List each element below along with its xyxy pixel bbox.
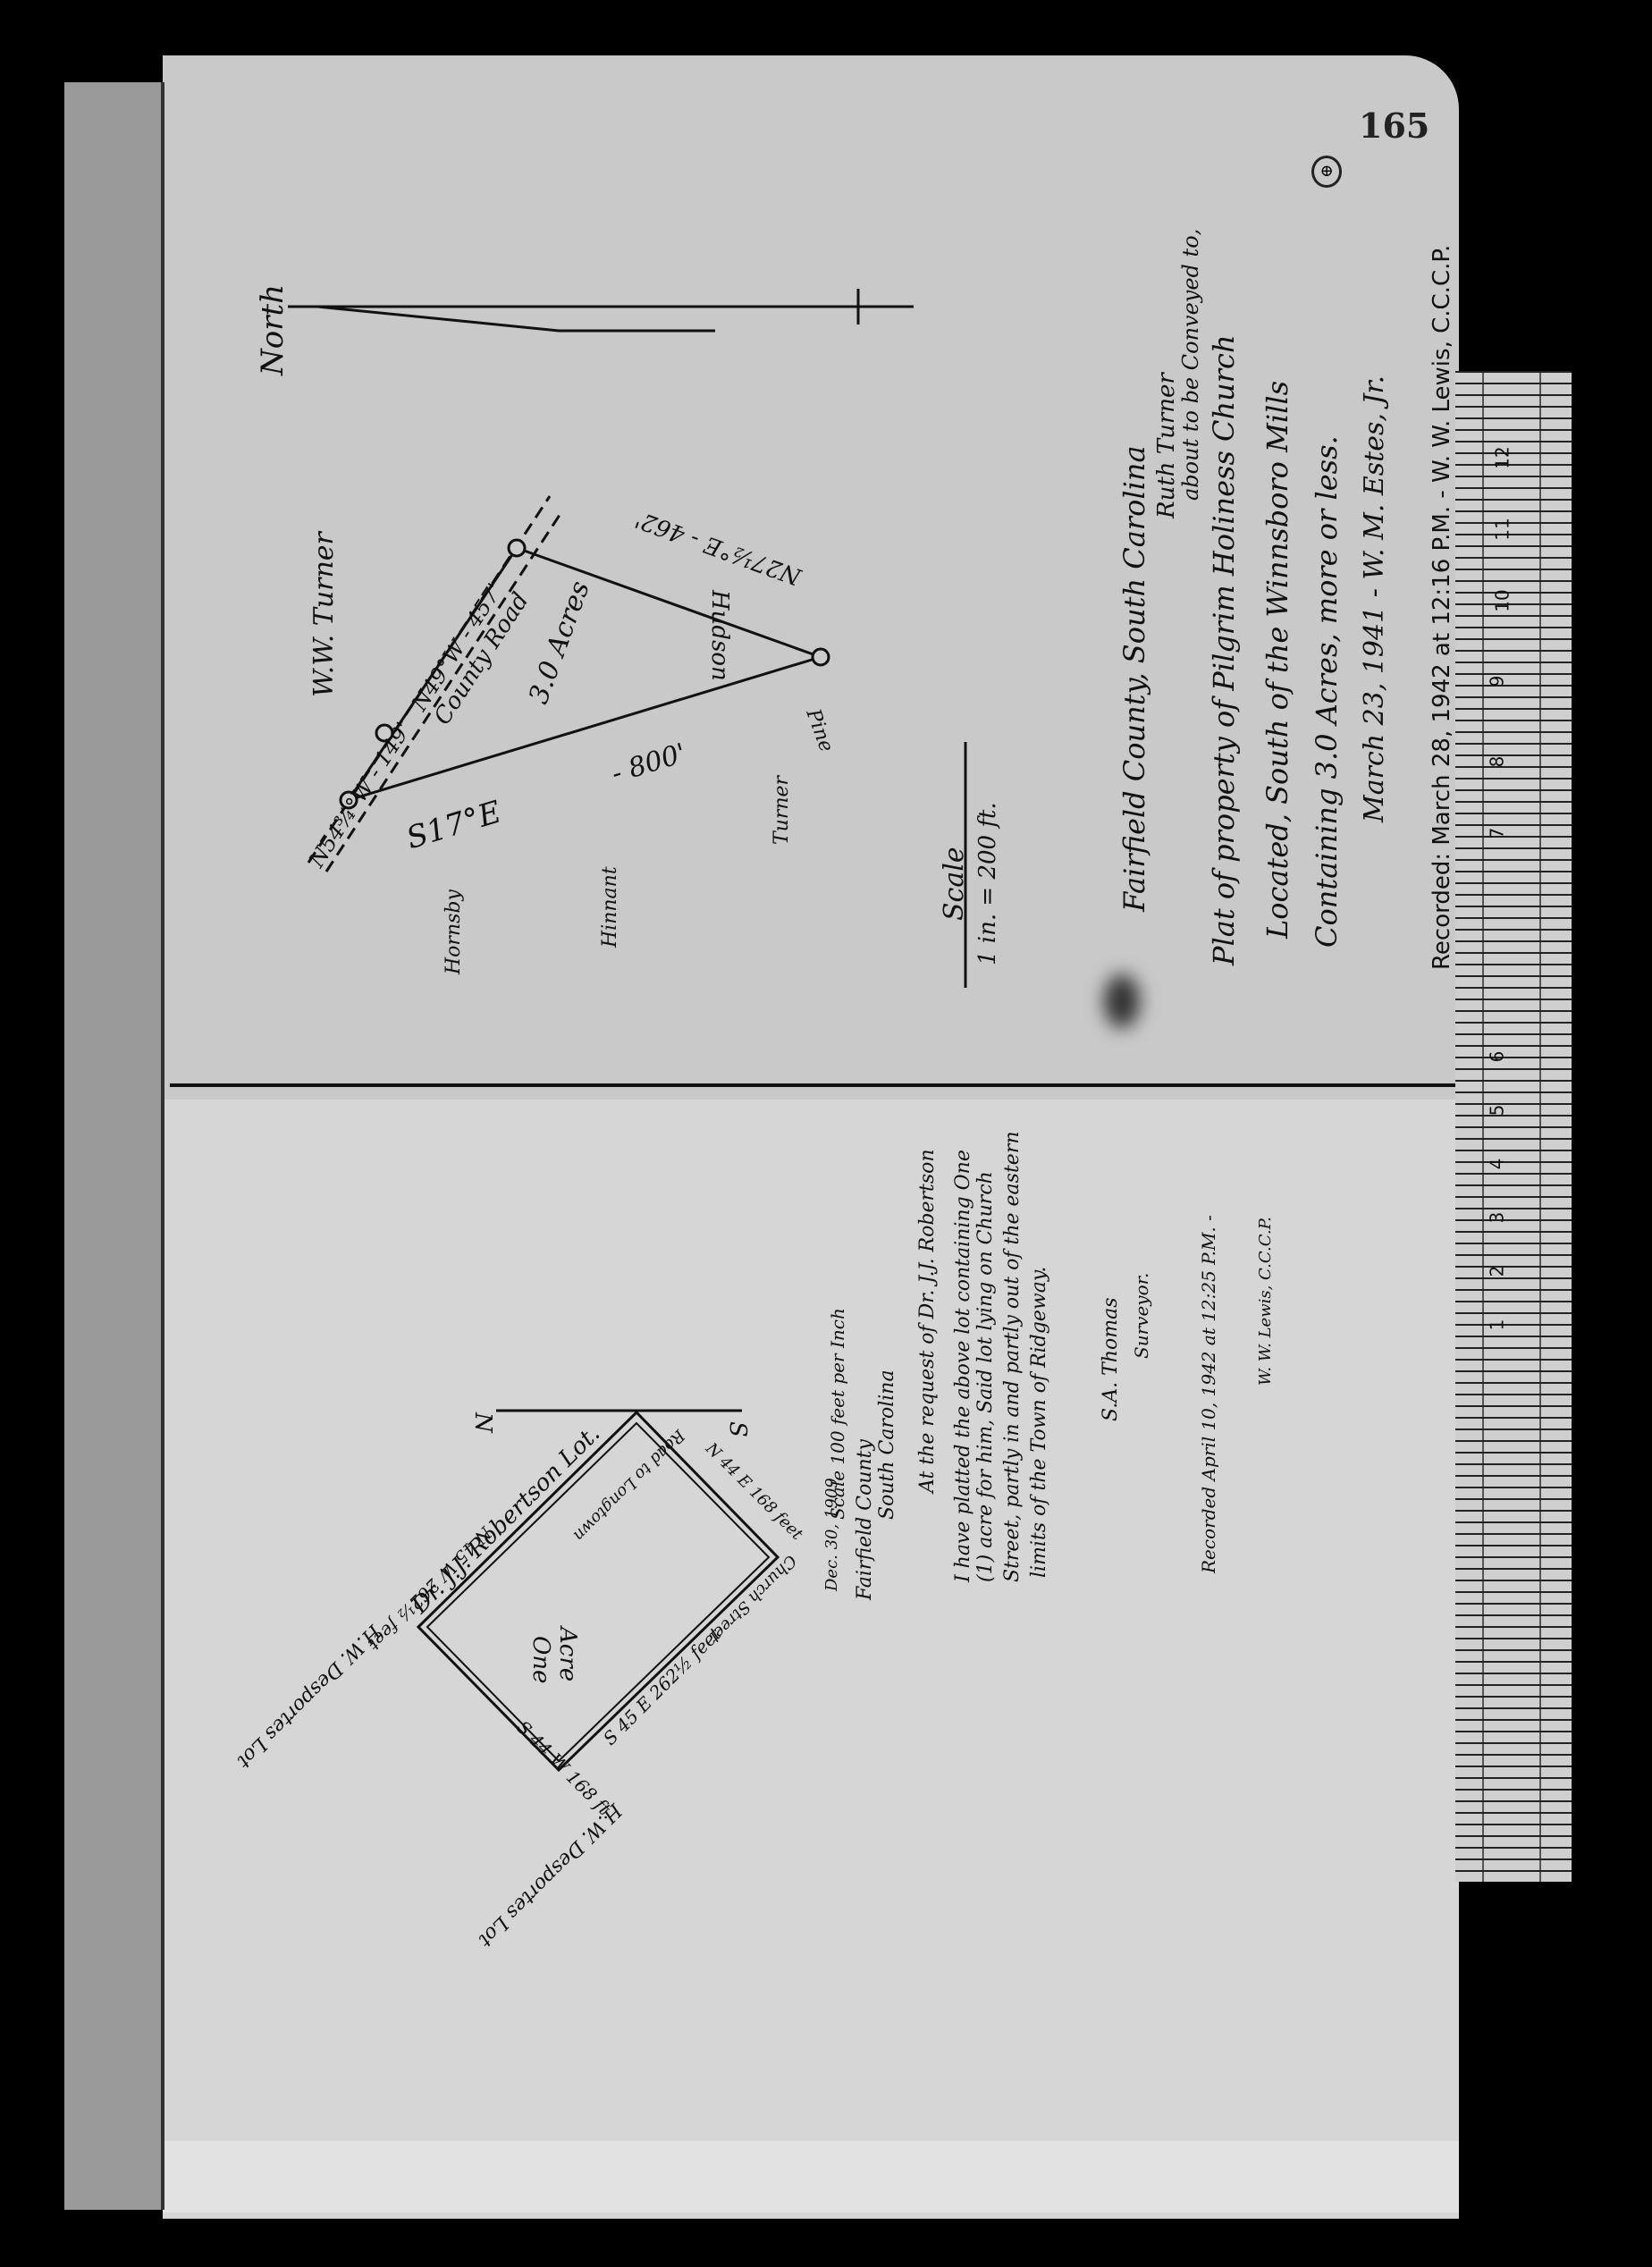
ruler-mark-4: 4: [1486, 1159, 1507, 1170]
caption-date-signature: March 23, 1941 - W. M. Estes, Jr.: [1359, 375, 1390, 822]
ruler-mark-8: 8: [1486, 756, 1507, 768]
ruler-mark-6: 6: [1486, 1051, 1507, 1063]
ruler-mark-2: 2: [1486, 1266, 1507, 1277]
ruler-mark-3: 3: [1486, 1212, 1507, 1224]
lower-caption-line4: Street, partly in and partly out of the …: [1001, 1131, 1024, 1582]
area-line2: Acre: [554, 1627, 581, 1681]
lower-caption-line5: limits of the Town of Ridgeway.: [1028, 1267, 1050, 1578]
upper-plat-drawing: [0, 0, 1652, 2267]
lower-state: South Carolina: [876, 1369, 898, 1520]
caption-located: Located, South of the Winnsboro Mills: [1260, 381, 1294, 939]
lower-clerk: W. W. Lewis, C.C.C.P.: [1256, 1217, 1275, 1386]
lower-date: Dec. 30, 1909: [822, 1478, 841, 1591]
north-label: North: [255, 284, 291, 375]
lower-caption-line1: At the request of Dr. J.J. Robertson: [916, 1149, 939, 1493]
ruler-mark-7: 7: [1486, 828, 1507, 839]
owner-label-hinnant: Hinnant: [599, 866, 621, 948]
lower-recorded: Recorded April 10, 1942 at 12:25 P.M. -: [1198, 1215, 1219, 1573]
ruler-mark-11: 11: [1492, 518, 1513, 540]
lower-caption-line3: (1) acre for him, Said lot lying on Chur…: [974, 1171, 997, 1582]
caption-plat-of: Plat of property of Pilgrim Holiness Chu…: [1207, 334, 1241, 965]
ruler-mark-5: 5: [1486, 1105, 1507, 1117]
owner-label-hudson: Hudson: [706, 590, 733, 681]
ruler-mark-10: 10: [1492, 589, 1513, 611]
lower-caption-line2: I have platted the above lot containing …: [952, 1150, 974, 1582]
scale-value: 1 in. = 200 ft.: [974, 802, 1001, 965]
area-line1: One: [527, 1636, 554, 1683]
owner-label-ww-turner: W.W. Turner: [308, 532, 340, 697]
surveyor-signature: S.A. Thomas: [1100, 1297, 1122, 1421]
owner-label-hornsby: Hornsby: [442, 889, 465, 974]
ruler-mark-1: 1: [1486, 1319, 1507, 1331]
compass-n: N: [469, 1412, 496, 1433]
surveyor-title: Surveyor.: [1131, 1273, 1152, 1359]
scale-title: Scale: [939, 847, 970, 921]
caption-owner: Ruth Turner: [1153, 373, 1180, 518]
caption-conveyed: about to be Conveyed to,: [1178, 229, 1203, 501]
caption-county: Fairfield County, South Carolina: [1117, 445, 1151, 912]
owner-label-turner: Turner: [771, 776, 793, 845]
ruler-mark-9: 9: [1486, 676, 1507, 687]
caption-recorded: Recorded: March 28, 1942 at 12:16 P.M. -…: [1429, 245, 1455, 970]
caption-containing: Containing 3.0 Acres, more or less.: [1310, 435, 1344, 948]
ruler-mark-12: 12: [1492, 446, 1513, 468]
compass-s: S: [724, 1421, 751, 1437]
lower-county: Fairfield County: [854, 1439, 876, 1600]
